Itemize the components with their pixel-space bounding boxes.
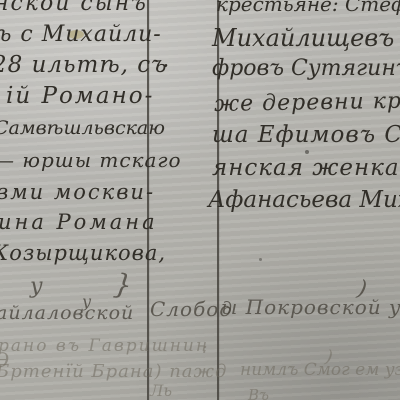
handwritten-line-left-5: Самвѣшльвскаю xyxy=(0,119,165,138)
ink-fleck xyxy=(259,258,262,261)
bottom-edge-mark-1: Ль xyxy=(150,383,172,399)
brace-flourish: } xyxy=(112,270,134,300)
handwritten-line-bottom-1-right: ы Покровской у xyxy=(221,297,400,317)
handwritten-line-left-8: ина Романа xyxy=(0,212,158,233)
handwritten-line-left-6: — юршы тскаго xyxy=(0,150,182,170)
handwritten-line-right-6: янская женка П xyxy=(212,157,400,180)
handwritten-line-left-4: ій Романо- xyxy=(6,85,154,108)
handwritten-line-right-2: Михайлищевъ и л xyxy=(212,26,400,50)
curl-flourish-2: у xyxy=(82,294,91,310)
handwritten-line-bottom-3-left: Бртенїй Брана) пажд xyxy=(0,363,227,381)
handwritten-line-right-7: Афанасьева Мих xyxy=(208,189,400,212)
bottom-edge-mark-2: Въ xyxy=(248,388,269,400)
ink-dot-mark: · xyxy=(163,58,169,74)
handwritten-line-left-1: нской сынъ xyxy=(0,0,148,15)
edge-flourish: Э xyxy=(0,350,9,370)
handwritten-line-right-1: крестьяне: Стефа xyxy=(216,0,400,14)
handwritten-line-right-3: фровъ Сутягинъ. П xyxy=(212,58,400,80)
handwritten-mark-colon: : xyxy=(202,340,207,356)
handwritten-line-left-7: вми москви- xyxy=(0,182,155,203)
ink-fleck xyxy=(305,150,309,154)
handwritten-line-left-2: ѣ с Михайли- xyxy=(0,24,162,46)
handwritten-line-right-5: ша Ефимовъ Сем xyxy=(212,124,400,147)
handwritten-line-left-9: Козырщикова, xyxy=(0,243,166,264)
manuscript-page: нской сынъ ѣ с Михайли- 28 ильтѣ, съ ій … xyxy=(0,0,400,400)
handwritten-line-left-3: 28 ильтѣ, съ xyxy=(0,54,168,77)
handwritten-line-right-4: же деревни крест xyxy=(214,90,400,116)
curl-flourish-1: у xyxy=(30,276,43,298)
handwritten-line-bottom-1-left: айлаловской xyxy=(0,304,134,323)
handwritten-line-bottom-3-right: нимлъ Смог ем узу xyxy=(240,362,400,379)
handwritten-line-bottom-2-left: рано въ Гавришнин xyxy=(0,338,209,355)
